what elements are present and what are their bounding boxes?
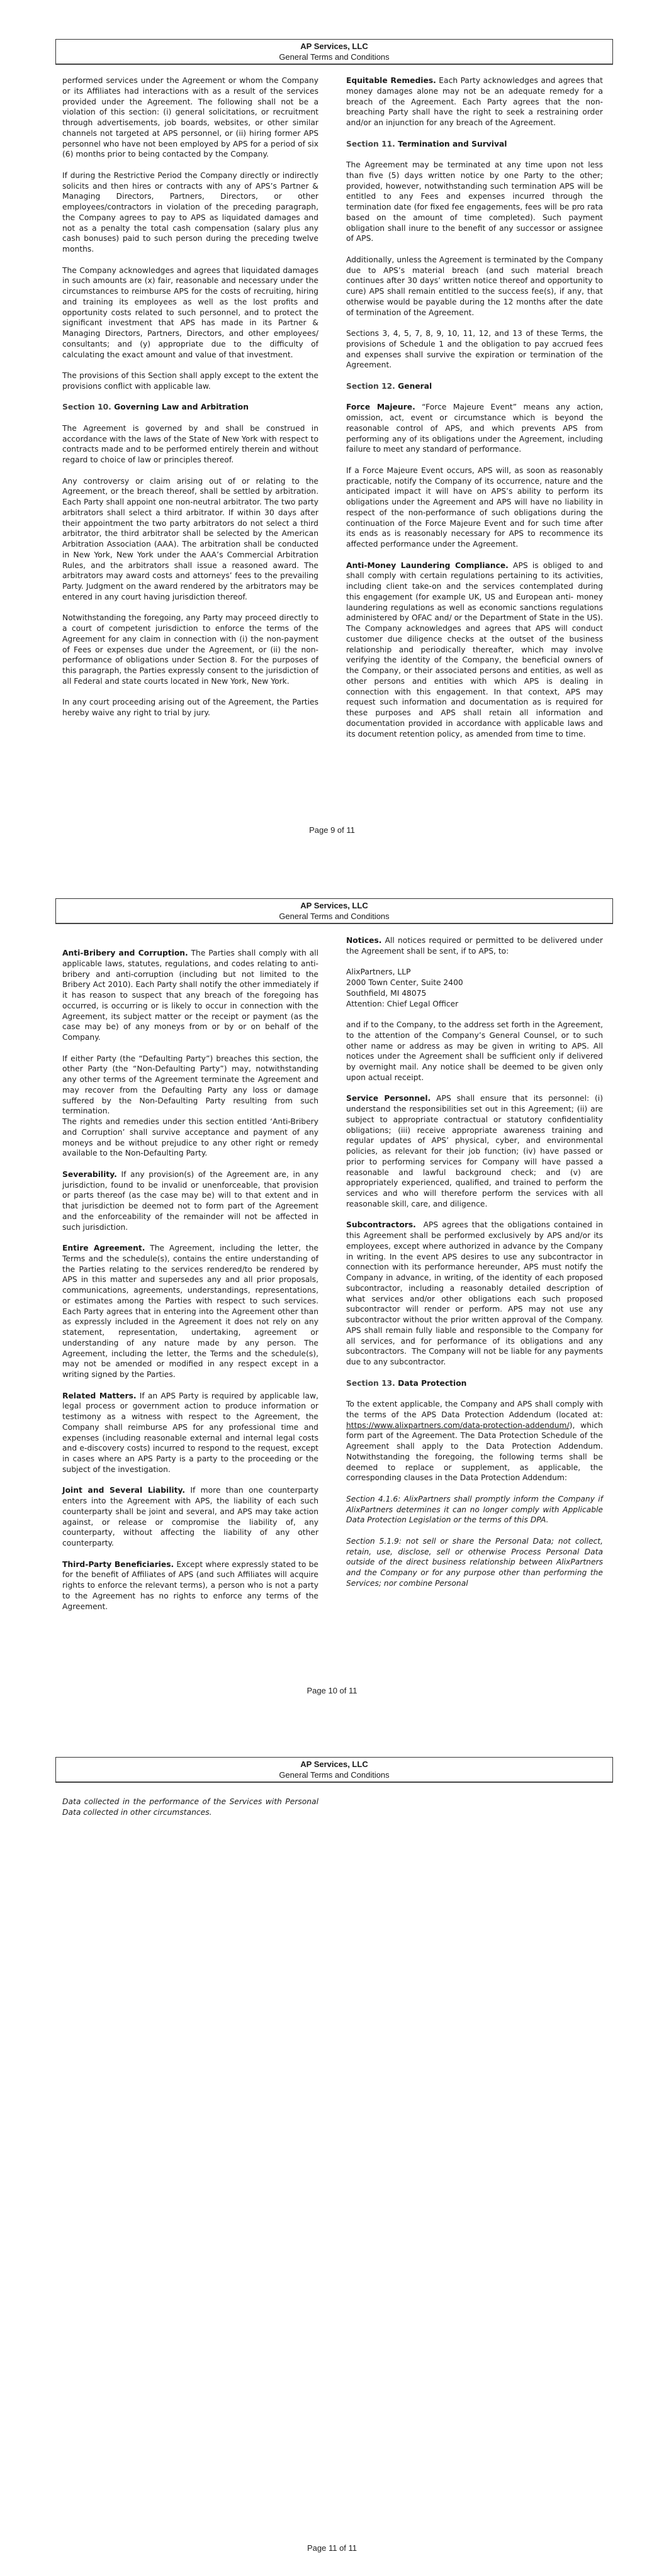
section-title: Data Protection — [398, 1379, 466, 1388]
paragraph: The rights and remedies under this secti… — [62, 1117, 318, 1159]
data-protection-addendum-link[interactable]: https://www.alixpartners.com/data-protec… — [346, 1421, 570, 1430]
clause-title: Subcontractors. — [346, 1220, 416, 1229]
page-header: AP Services, LLC General Terms and Condi… — [55, 39, 613, 65]
paragraph: The Company acknowledges and agrees that… — [62, 265, 318, 360]
section-heading: Section 12. General — [346, 381, 603, 392]
clause-severability: Severability. If any provision(s) of the… — [62, 1169, 318, 1233]
page-number: Page 11 of 11 — [0, 2543, 664, 2553]
clause-title: Force Majeure. — [346, 403, 415, 411]
clause-body: All notices required or permitted to be … — [346, 936, 603, 956]
paragraph: Notwithstanding the foregoing, any Party… — [62, 613, 318, 686]
address-line: 2000 Town Center, Suite 2400 — [346, 978, 603, 988]
paragraph-section-4-1-6: Section 4.1.6: AlixPartners shall prompt… — [346, 1494, 603, 1525]
clause-title: Anti-Money Laundering Compliance. — [346, 561, 509, 570]
clause-entire-agreement: Entire Agreement. The Agreement, includi… — [62, 1243, 318, 1380]
clause-anti-bribery: Anti-Bribery and Corruption. The Parties… — [62, 948, 318, 1043]
left-column: Data collected in the performance of the… — [62, 1797, 318, 1828]
document-subtitle: General Terms and Conditions — [56, 52, 612, 62]
paragraph-section-5-1-9: Section 5.1.9: not sell or share the Per… — [346, 1536, 603, 1589]
clause-anti-money-laundering: Anti-Money Laundering Compliance. APS is… — [346, 560, 603, 740]
page-header: AP Services, LLC General Terms and Condi… — [55, 898, 613, 924]
clause-service-personnel: Service Personnel. APS shall ensure that… — [346, 1093, 603, 1209]
right-column: Notices. All notices required or permitt… — [346, 935, 603, 1599]
clause-notices: Notices. All notices required or permitt… — [346, 935, 603, 957]
clause-title: Equitable Remedies. — [346, 76, 436, 85]
paragraph: The provisions of this Section shall app… — [62, 371, 318, 392]
clause-title: Severability. — [62, 1170, 117, 1179]
paragraph-continued: Data collected in the performance of the… — [62, 1797, 318, 1818]
paragraph: Sections 3, 4, 5, 7, 8, 9, 10, 11, 12, a… — [346, 328, 603, 371]
section-title: Termination and Survival — [398, 140, 507, 148]
section-number: Section 12. — [346, 382, 395, 391]
company-name: AP Services, LLC — [56, 41, 612, 52]
document-subtitle: General Terms and Conditions — [56, 911, 612, 922]
clause-equitable-remedies: Equitable Remedies. Each Party acknowled… — [346, 75, 603, 128]
clause-body: If more than one counterparty enters int… — [62, 1486, 318, 1547]
clause-body: If any provision(s) of the Agreement are… — [62, 1170, 318, 1232]
text: To the extent applicable, the Company an… — [346, 1400, 603, 1419]
text: ), which form part of the Agreement. The… — [346, 1421, 603, 1483]
clause-force-majeure: Force Majeure. “Force Majeure Event” mea… — [346, 402, 603, 455]
left-column: performed services under the Agreement o… — [62, 75, 318, 729]
section-heading: Section 13. Data Protection — [346, 1378, 603, 1389]
address-line: AlixPartners, LLP — [346, 967, 603, 978]
paragraph: If either Party (the “Defaulting Party”)… — [62, 1054, 318, 1117]
clause-body: APS is obliged to and shall comply with … — [346, 561, 603, 739]
paragraph: If a Force Majeure Event occurs, APS wil… — [346, 466, 603, 550]
paragraph-data-protection: To the extent applicable, the Company an… — [346, 1399, 603, 1483]
document-subtitle: General Terms and Conditions — [56, 1770, 612, 1780]
clause-title: Joint and Several Liability. — [62, 1486, 185, 1495]
section-heading: Section 10. Governing Law and Arbitratio… — [62, 402, 318, 413]
paragraph: If during the Restrictive Period the Com… — [62, 170, 318, 255]
clause-title: Entire Agreement. — [62, 1244, 145, 1252]
page-header: AP Services, LLC General Terms and Condi… — [55, 1757, 613, 1783]
clause-subcontractors: Subcontractors. APS agrees that the obli… — [346, 1220, 603, 1368]
page-number: Page 9 of 11 — [0, 825, 664, 835]
notice-address: AlixPartners, LLP 2000 Town Center, Suit… — [346, 967, 603, 1009]
clause-title: Service Personnel. — [346, 1094, 430, 1103]
section-heading: Section 11. Termination and Survival — [346, 139, 603, 150]
right-column: Equitable Remedies. Each Party acknowled… — [346, 75, 603, 750]
address-line: Attention: Chief Legal Officer — [346, 999, 603, 1010]
clause-title: Related Matters. — [62, 1391, 137, 1400]
clause-title: Notices. — [346, 936, 381, 945]
paragraph: The Agreement may be terminated at any t… — [346, 160, 603, 244]
paragraph: In any court proceeding arising out of t… — [62, 697, 318, 718]
clause-related-matters: Related Matters. If an APS Party is requ… — [62, 1391, 318, 1475]
clause-joint-several-liability: Joint and Several Liability. If more tha… — [62, 1485, 318, 1549]
section-title: Governing Law and Arbitration — [114, 403, 249, 411]
clause-title: Third-Party Beneficiaries. — [62, 1560, 174, 1569]
clause-body: APS shall ensure that its personnel: (i)… — [346, 1094, 603, 1208]
left-column: Anti-Bribery and Corruption. The Parties… — [62, 948, 318, 1622]
paragraph: performed services under the Agreement o… — [62, 75, 318, 160]
section-number: Section 10. — [62, 403, 111, 411]
clause-body: The Agreement, including the letter, the… — [62, 1244, 318, 1379]
paragraph: The Agreement is governed by and shall b… — [62, 423, 318, 466]
clause-third-party-beneficiaries: Third-Party Beneficiaries. Except where … — [62, 1559, 318, 1612]
clause-body: The Parties shall comply with all applic… — [62, 949, 318, 1042]
page-number: Page 10 of 11 — [0, 1686, 664, 1695]
address-line: Southfield, MI 48075 — [346, 988, 603, 999]
section-title: General — [398, 382, 432, 391]
paragraph: Additionally, unless the Agreement is te… — [346, 255, 603, 318]
company-name: AP Services, LLC — [56, 1759, 612, 1770]
clause-body: If an APS Party is required by applicabl… — [62, 1391, 318, 1474]
company-name: AP Services, LLC — [56, 900, 612, 911]
section-number: Section 13. — [346, 1379, 395, 1388]
clause-title: Anti-Bribery and Corruption. — [62, 949, 188, 957]
clause-body: APS agrees that the obligations containe… — [346, 1220, 605, 1366]
paragraph: and if to the Company, to the address se… — [346, 1020, 603, 1083]
paragraph: Any controversy or claim arising out of … — [62, 476, 318, 603]
section-number: Section 11. — [346, 140, 395, 148]
